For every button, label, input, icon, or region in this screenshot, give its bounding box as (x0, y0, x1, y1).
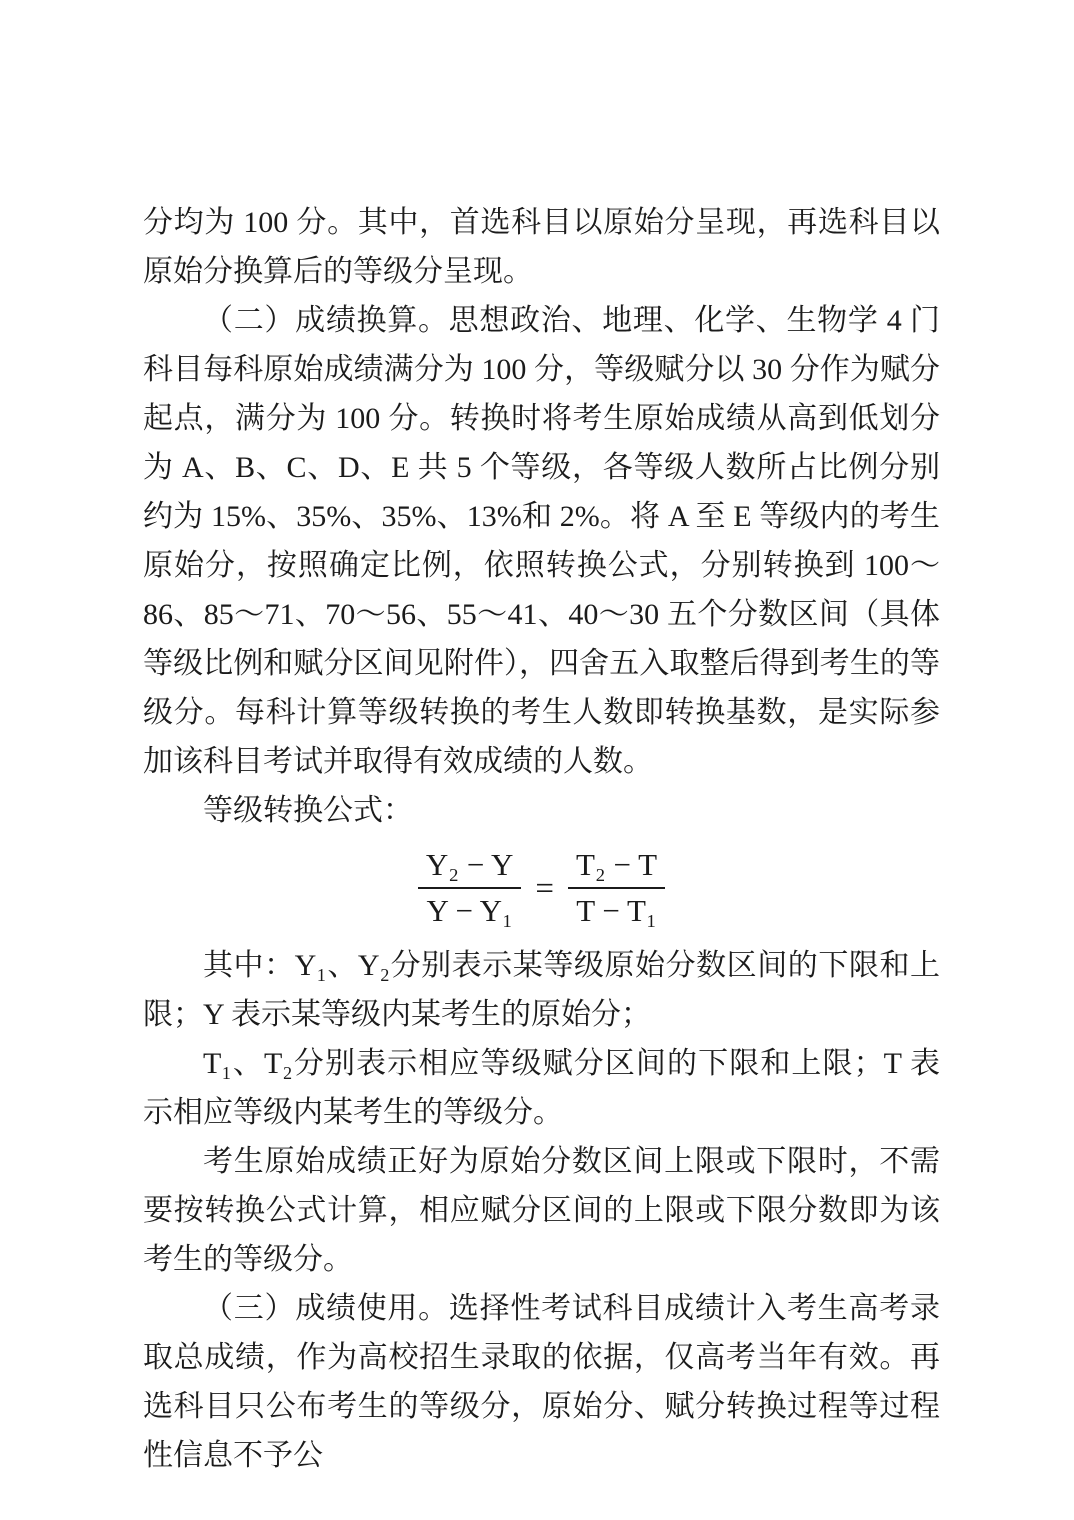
paragraph-boundary-rule: 考生原始成绩正好为原始分数区间上限或下限时，不需要按转换公式计算，相应赋分区间的… (143, 1137, 940, 1284)
grade-conversion-formula: Y₂ − Y Y − Y₁ = T₂ − T T − T₁ (143, 835, 940, 941)
paragraph-section-2-score-conversion: （二）成绩换算。思想政治、地理、化学、生物学 4 门科目每科原始成绩满分为 10… (143, 296, 940, 786)
formula-left-denominator: Y − Y₁ (418, 889, 521, 929)
formula-right-fraction: T₂ − T T − T₁ (568, 847, 665, 928)
formula-left-numerator: Y₂ − Y (418, 847, 521, 889)
paragraph-section-3-score-usage: （三）成绩使用。选择性考试科目成绩计入考生高考录取总成绩，作为高校招生录取的依据… (143, 1284, 940, 1480)
paragraph-formula-t-definitions: T₁、T₂分别表示相应等级赋分区间的下限和上限；T 表示相应等级内某考生的等级分… (143, 1039, 940, 1137)
document-page: 分均为 100 分。其中，首选科目以原始分呈现，再选科目以原始分换算后的等级分呈… (0, 0, 1074, 1520)
formula-left-fraction: Y₂ − Y Y − Y₁ (418, 847, 521, 928)
formula-right-numerator: T₂ − T (568, 847, 665, 889)
formula-right-denominator: T − T₁ (568, 889, 665, 929)
document-content: 分均为 100 分。其中，首选科目以原始分呈现，再选科目以原始分换算后的等级分呈… (143, 198, 940, 1480)
paragraph-formula-y-definitions: 其中：Y₁、Y₂分别表示某等级原始分数区间的下限和上限；Y 表示某等级内某考生的… (143, 941, 940, 1039)
formula-equals-sign: = (535, 871, 554, 909)
paragraph-continuation-score-presentation: 分均为 100 分。其中，首选科目以原始分呈现，再选科目以原始分换算后的等级分呈… (143, 198, 940, 296)
paragraph-formula-intro: 等级转换公式： (143, 786, 940, 835)
